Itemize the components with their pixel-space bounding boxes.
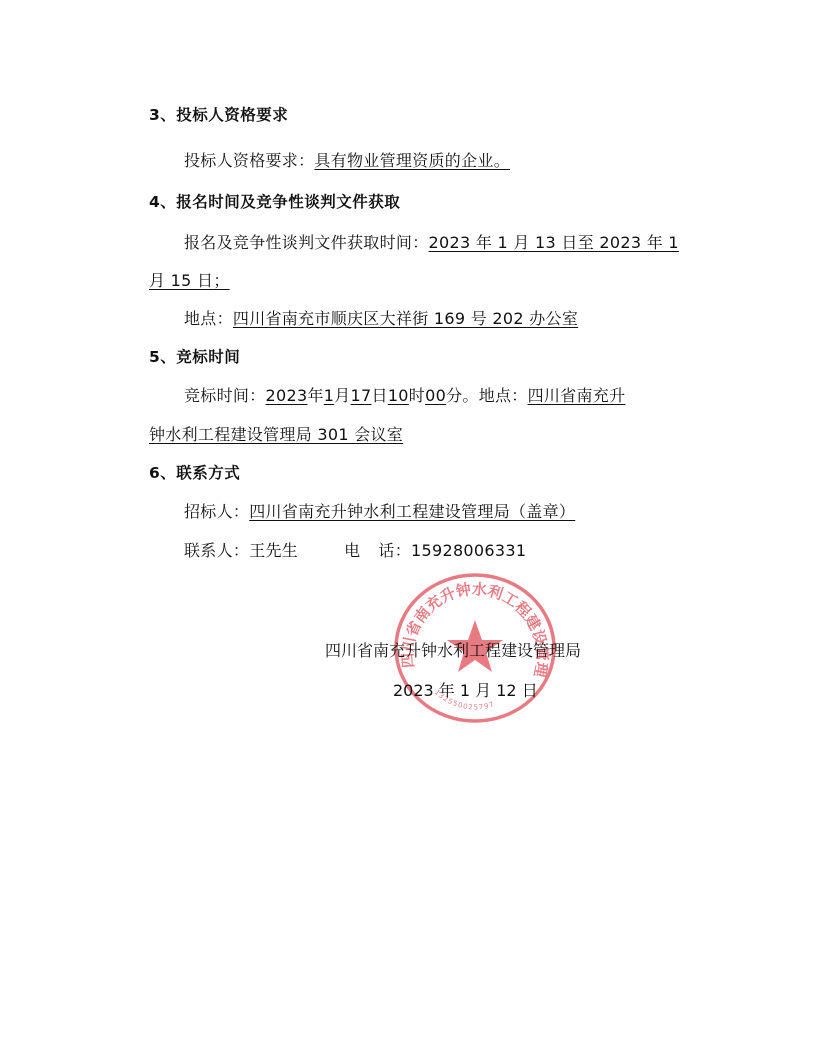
section-5-heading: 5、竞标时间: [149, 345, 240, 367]
bid-day-unit: 日: [372, 386, 388, 405]
phone-number: 15928006331: [411, 541, 526, 560]
bid-hour-unit: 时: [409, 386, 425, 405]
bid-place: 四川省南充升: [528, 386, 626, 405]
phone-label-a: 电: [344, 541, 360, 560]
bid-time-line: 竞标时间：2023年1月17日10时00分。地点：四川省南充升: [184, 383, 625, 406]
signature-org: 四川省南充升钟水利工程建设管理局: [325, 638, 581, 661]
registration-time-value-cont: 月 15 日；: [149, 271, 230, 290]
tenderer-line: 招标人：四川省南充升钟水利工程建设管理局（盖章）: [184, 499, 575, 522]
tenderer-value: 四川省南充升钟水利工程建设管理局（盖章）: [249, 502, 575, 521]
contact-name: 王先生: [249, 541, 298, 560]
qualification-value: 具有物业管理资质的企业。: [314, 151, 510, 170]
bid-place-label: 地点：: [479, 386, 528, 405]
phone-label-b: 话：: [378, 541, 411, 560]
tenderer-label: 招标人：: [184, 502, 249, 521]
registration-time-label: 报名及竞争性谈判文件获取时间：: [184, 233, 429, 252]
section-3-heading: 3、投标人资格要求: [149, 103, 288, 125]
bid-month-unit: 月: [334, 386, 350, 405]
bid-place-cont-value: 钟水利工程建设管理局 301 会议室: [149, 425, 403, 444]
bid-month: 1: [324, 386, 334, 405]
bid-year-unit: 年: [307, 386, 323, 405]
registration-place-label: 地点：: [184, 309, 233, 328]
bid-day: 17: [351, 386, 372, 405]
registration-time-value: 2023 年 1 月 13 日至 2023 年 1: [429, 233, 679, 252]
registration-time-line: 报名及竞争性谈判文件获取时间：2023 年 1 月 13 日至 2023 年 1: [184, 230, 679, 253]
bid-place-cont: 钟水利工程建设管理局 301 会议室: [149, 422, 403, 445]
registration-place-value: 四川省南充市顺庆区大祥街 169 号 202 办公室: [233, 309, 578, 328]
seal-ring-text: 四川省南充升钟水利工程建设管理局: [393, 572, 551, 680]
document-page: 3、投标人资格要求 投标人资格要求：具有物业管理资质的企业。 4、报名时间及竞争…: [0, 0, 815, 1055]
bid-time-label: 竞标时间：: [184, 386, 266, 405]
signature-date: 2023 年 1 月 12 日: [393, 678, 538, 701]
section-6-heading: 6、联系方式: [149, 461, 240, 483]
registration-time-cont: 月 15 日；: [149, 268, 230, 291]
qualification-line: 投标人资格要求：具有物业管理资质的企业。: [184, 148, 510, 171]
bid-minute-unit: 分。: [446, 386, 479, 405]
qualification-label: 投标人资格要求：: [184, 151, 314, 170]
bid-minute: 00: [425, 386, 446, 405]
contact-label: 联系人：: [184, 541, 249, 560]
registration-place-line: 地点：四川省南充市顺庆区大祥街 169 号 202 办公室: [184, 306, 578, 329]
bid-year: 2023: [266, 386, 308, 405]
section-4-heading: 4、报名时间及竞争性谈判文件获取: [149, 190, 400, 212]
bid-hour: 10: [388, 386, 409, 405]
contact-line: 联系人：王先生电话：15928006331: [184, 538, 526, 561]
